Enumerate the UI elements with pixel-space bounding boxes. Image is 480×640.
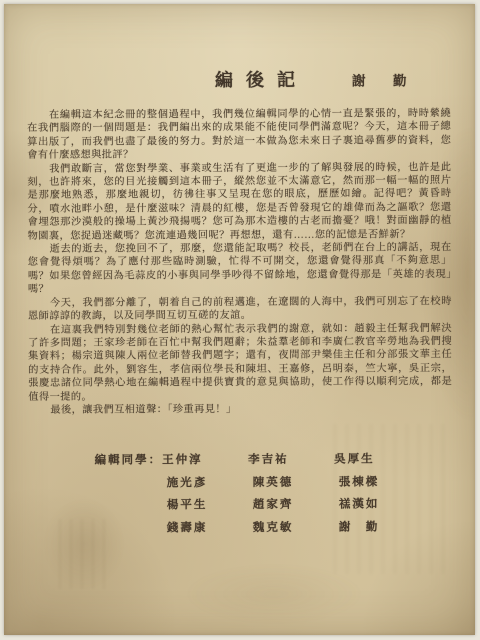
author-name: 謝 勤 [352,69,414,89]
editors-indent [95,517,167,540]
editors-label: 編輯同學： [95,450,163,473]
editor-name: 謝 勤 [339,516,425,539]
body-text: 在編輯這本紀念冊的整個過程中，我們幾位編輯同學的心情一直是緊張的，時時縈繞在我們… [27,107,452,417]
scanned-page: 編後記 謝 勤 在編輯這本紀念冊的整個過程中，我們幾位編輯同學的心情一直是緊張的… [0,0,480,640]
editor-name: 陳英德 [253,471,339,494]
editors-row: 錢壽康 魏克敏 謝 勤 [95,516,453,540]
editor-name: 錢壽康 [167,517,253,540]
paragraph-6: 最後，讓我們互相道聲：「珍重再見！」 [28,402,452,417]
paragraph-4: 今天，我們都分離了，朝着自己的前程邁進，在遼闊的人海中，我們可別忘了在校時恩師諄… [28,295,452,324]
paper-sheet: 編後記 謝 勤 在編輯這本紀念冊的整個過程中，我們幾位編輯同學的心情一直是緊張的… [4,4,475,635]
editors-list: 編輯同學： 王仲淳 李吉祐 吳厚生 施光彥 陳英德 張棟樑 楊平生 趙家齊 禚漢… [95,448,453,540]
paragraph-3: 逝去的逝去，您挽回不了，那麼，您還能記取嗎？校長，老師們在台上的講話，現在您會覺… [28,241,452,296]
editor-name: 禚漢如 [339,494,425,517]
editors-row: 楊平生 趙家齊 禚漢如 [95,493,453,517]
paragraph-2: 我們敢斷言，當您對學業、事業或生活有了更進一步的了解與發展的時候，也許是此刻，也… [27,161,451,243]
editor-name: 施光彥 [167,472,253,495]
paragraph-5: 在這裏我們特別對幾位老師的熱心幫忙表示我們的謝意，就如：趙毅主任幫我們解決了許多… [28,322,452,404]
editor-name: 趙家齊 [253,494,339,517]
title-row: 編後記 謝 勤 [215,65,451,92]
page-content: 編後記 謝 勤 在編輯這本紀念冊的整個過程中，我們幾位編輯同學的心情一直是緊張的… [3,3,477,636]
paragraph-1: 在編輯這本紀念冊的整個過程中，我們幾位編輯同學的心情一直是緊張的，時時縈繞在我們… [27,107,451,162]
editors-indent [95,472,167,495]
editor-name: 張棟樑 [339,471,425,494]
editor-name: 魏克敏 [253,516,339,539]
editors-row: 編輯同學： 王仲淳 李吉祐 吳厚生 [95,448,453,472]
editor-name: 李吉祐 [248,449,334,472]
editors-indent [95,495,167,518]
editor-name: 楊平生 [167,494,253,517]
editor-name: 王仲淳 [162,449,248,472]
editors-row: 施光彥 陳英德 張棟樑 [95,471,453,495]
page-title: 編後記 [215,66,308,92]
editor-name: 吳厚生 [334,449,420,472]
